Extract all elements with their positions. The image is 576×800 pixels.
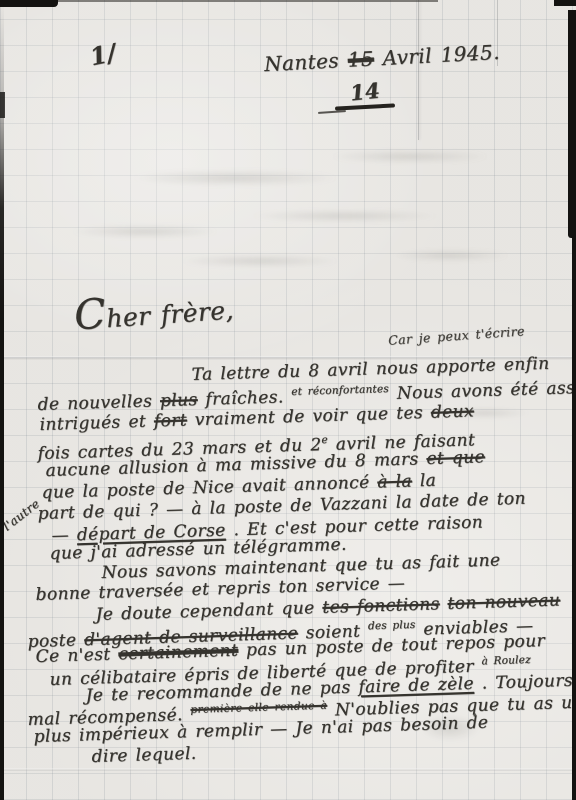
page-edge-top bbox=[58, 0, 438, 2]
edge-mark-left bbox=[0, 92, 5, 118]
horizontal-crease-bottom bbox=[0, 768, 576, 771]
line-segment: plus bbox=[160, 390, 198, 411]
line-segment: fort bbox=[154, 410, 188, 431]
page-edge-right-top bbox=[568, 10, 576, 238]
page-edge-right-bottom bbox=[572, 235, 576, 800]
bleed-smudge bbox=[330, 150, 490, 163]
date-month-year: Avril 1945. bbox=[382, 40, 500, 70]
line-segment: première elle rendue à bbox=[190, 700, 327, 716]
salutation: Cher frère, bbox=[73, 280, 235, 339]
line-segment: Nous avons été assez bbox=[389, 377, 576, 403]
date-place: Nantes bbox=[264, 48, 340, 76]
bleed-smudge bbox=[130, 170, 340, 186]
line-segment: et que bbox=[426, 447, 485, 469]
corner-shadow-top-left bbox=[0, 0, 58, 7]
bleed-smudge bbox=[180, 255, 340, 267]
date-day-corrected: 14 bbox=[349, 77, 381, 105]
bleed-smudge bbox=[70, 225, 220, 238]
margin-note: l'autre bbox=[0, 496, 42, 533]
line-segment: dire lequel. bbox=[91, 744, 197, 767]
date-underline-mark-2 bbox=[318, 110, 346, 114]
page-edge-left bbox=[0, 0, 4, 800]
letter-line: dire lequel. bbox=[91, 743, 197, 768]
page-number: 1/ bbox=[87, 38, 119, 72]
letter-scan: 1/ Nantes 15 Avril 1945. 14 Cher frère, … bbox=[0, 0, 576, 800]
line-segment: des plus bbox=[368, 619, 416, 632]
line-segment: à Roulez bbox=[481, 654, 531, 668]
line-segment: la bbox=[412, 471, 437, 492]
corner-shadow-top-right bbox=[554, 0, 576, 6]
line-segment: intrigués et bbox=[39, 411, 154, 435]
bleed-smudge bbox=[390, 250, 510, 261]
date-line: Nantes 15 Avril 1945. bbox=[264, 40, 501, 76]
vertical-crease bbox=[418, 0, 419, 140]
aside-note: Car je peux t'écrire bbox=[388, 323, 526, 348]
line-segment: et réconfortantes bbox=[291, 383, 389, 398]
date-day-struck: 15 bbox=[347, 46, 374, 71]
bleed-smudge bbox=[250, 210, 440, 222]
line-segment: à la bbox=[377, 471, 412, 492]
line-segment: deux bbox=[430, 401, 474, 422]
